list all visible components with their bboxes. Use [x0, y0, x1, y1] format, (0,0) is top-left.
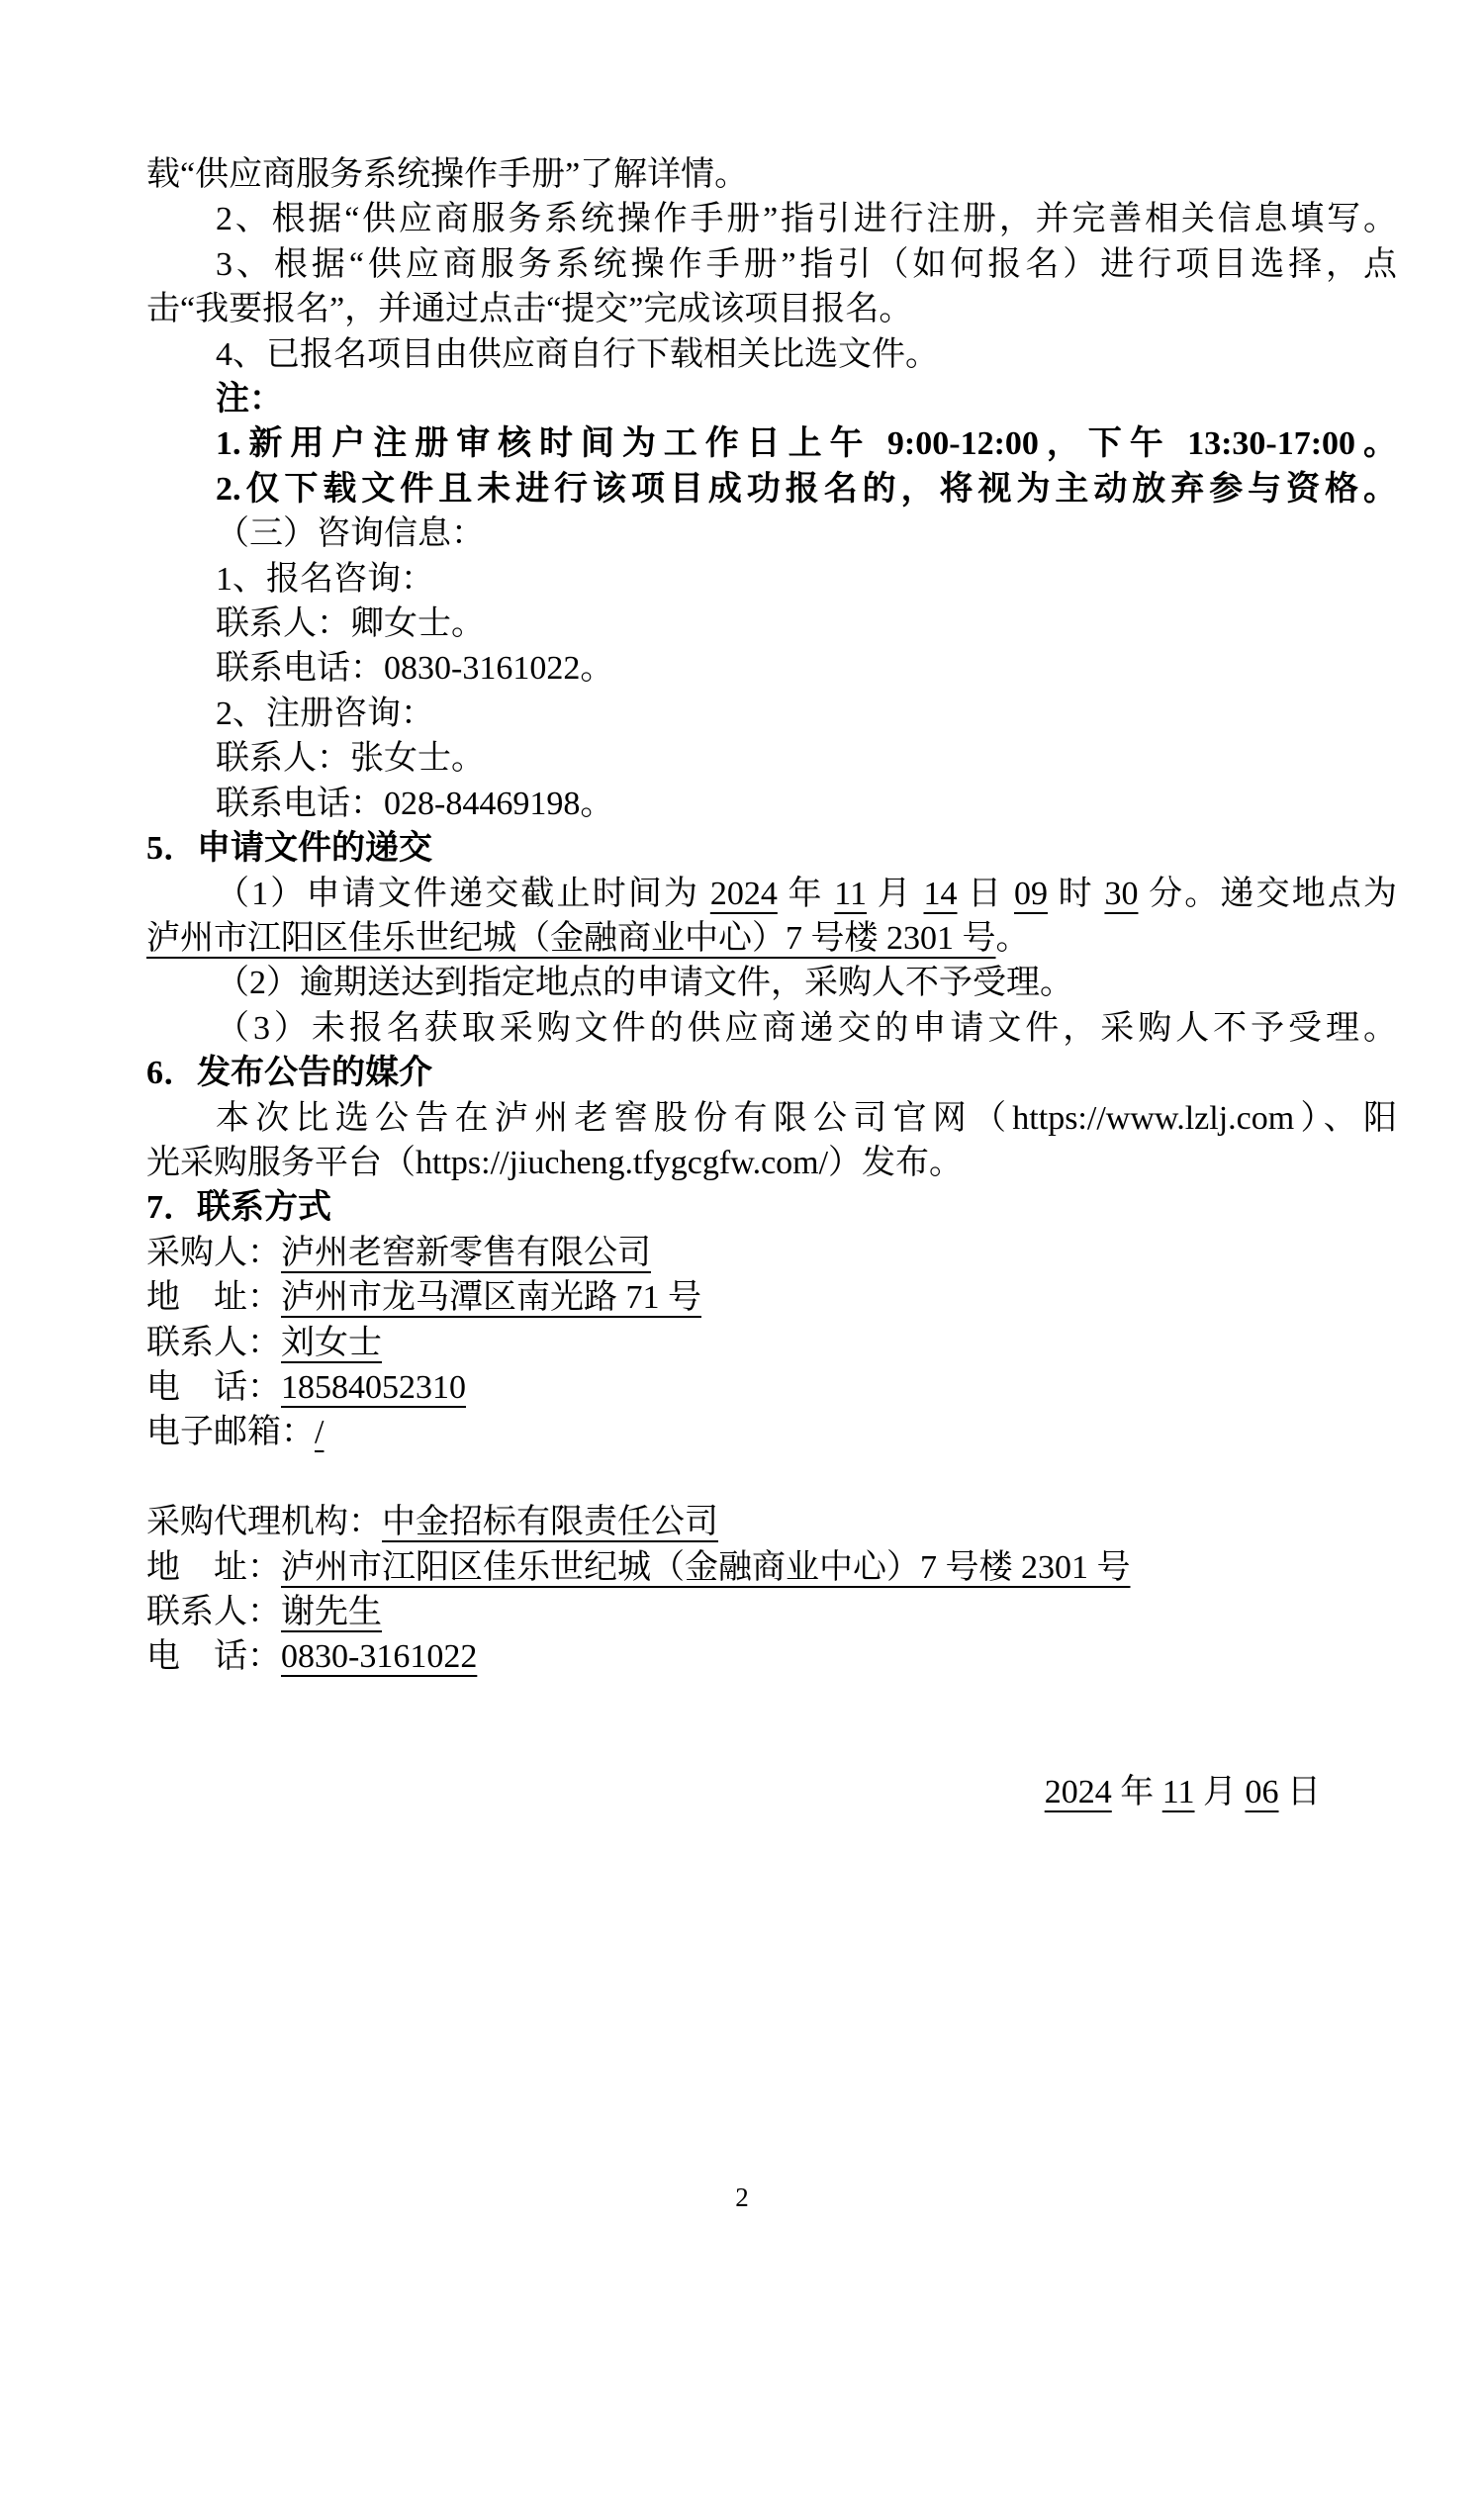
- document-line: 击“我要报名”，并通过点击“提交”完成该项目报名。: [146, 287, 1397, 331]
- text-segment: 分。递交地点为: [1138, 876, 1397, 912]
- underlined-text: 14: [924, 876, 958, 912]
- underlined-text: 30: [1104, 876, 1138, 912]
- underlined-text: 2024: [710, 876, 778, 912]
- underlined-text: 11: [1162, 1774, 1195, 1810]
- text-segment: 注：: [216, 381, 283, 417]
- underlined-text: 06: [1246, 1774, 1279, 1810]
- text-segment: 年: [778, 876, 834, 912]
- text-segment: 采购人：: [146, 1235, 281, 1271]
- text-segment: 联系电话：028-84469198。: [216, 786, 613, 822]
- text-segment: 日: [1279, 1774, 1322, 1810]
- subsection-3-heading: （三）咨询信息：: [146, 511, 1397, 556]
- text-segment: 联系人：卿女士。: [216, 605, 485, 642]
- text-segment: 时: [1048, 876, 1104, 912]
- document-line: 2、注册咨询：: [146, 692, 1397, 736]
- document-line: 本次比选公告在泸州老窖股份有限公司官网（https://www.lzlj.com…: [146, 1096, 1397, 1141]
- note-heading: 注：: [146, 377, 1397, 421]
- underlined-text: 泸州市江阳区佳乐世纪城（金融商业中心）7 号楼 2301 号: [281, 1549, 1131, 1586]
- text-segment: 2、注册咨询：: [216, 696, 434, 732]
- document-line: [146, 1455, 1397, 1500]
- underlined-text: 2024: [1045, 1774, 1112, 1810]
- text-segment: 联系电话：0830-3161022。: [216, 650, 613, 687]
- text-segment: 电子邮箱：: [146, 1414, 315, 1450]
- text-segment: （3）未报名获取采购文件的供应商递交的申请文件，采购人不予受理。: [216, 1010, 1397, 1047]
- purchaser-phone-line: 电 话：18584052310: [146, 1365, 1397, 1410]
- text-segment: （2）逾期送达到指定地点的申请文件，采购人不予受理。: [216, 965, 1073, 1001]
- text-segment: 月: [1195, 1774, 1246, 1810]
- underlined-text: 11: [834, 876, 867, 912]
- document-line: （3）未报名获取采购文件的供应商递交的申请文件，采购人不予受理。: [146, 1006, 1397, 1051]
- underlined-text: 18584052310: [281, 1369, 466, 1406]
- text-segment: 1.新用户注册审核时间为工作日上午 9:00-12:00，下午 13:30-17…: [216, 425, 1397, 462]
- document-line: 4、已报名项目由供应商自行下载相关比选文件。: [146, 332, 1397, 377]
- document-line: 1.新用户注册审核时间为工作日上午 9:00-12:00，下午 13:30-17…: [146, 421, 1397, 466]
- text-segment: 3、根据“供应商服务系统操作手册”指引（如何报名）进行项目选择，点: [216, 246, 1397, 283]
- text-segment: 联系人：: [146, 1325, 281, 1361]
- underlined-text: 中金招标有限责任公司: [382, 1504, 718, 1540]
- agency-phone-line: 电 话：0830-3161022: [146, 1634, 1397, 1679]
- text-segment: 5．申请文件的递交: [146, 830, 432, 867]
- page-number: 2: [0, 2182, 1484, 2212]
- text-segment: 4、已报名项目由供应商自行下载相关比选文件。: [216, 336, 939, 373]
- underlined-text: 泸州老窖新零售有限公司: [281, 1235, 651, 1271]
- text-segment: 电 话：: [146, 1638, 281, 1675]
- text-segment: 载“供应商服务系统操作手册”了解详情。: [146, 156, 748, 193]
- agency-contact-line: 联系人：谢先生: [146, 1590, 1397, 1634]
- purchaser-email-line: 电子邮箱：/: [146, 1410, 1397, 1454]
- text-segment: 2.仅下载文件且未进行该项目成功报名的，将视为主动放弃参与资格。: [216, 471, 1397, 508]
- text-segment: 联系人：张女士。: [216, 740, 485, 777]
- section-7-heading: 7．联系方式: [146, 1185, 1397, 1230]
- text-segment: 月: [867, 876, 923, 912]
- text-segment: 电 话：: [146, 1369, 281, 1406]
- underlined-text: 泸州市江阳区佳乐世纪城（金融商业中心）7 号楼 2301 号: [146, 920, 996, 957]
- document-line: 3、根据“供应商服务系统操作手册”指引（如何报名）进行项目选择，点: [146, 242, 1397, 287]
- text-segment: （三）咨询信息：: [216, 515, 485, 552]
- underlined-text: 谢先生: [281, 1594, 382, 1630]
- text-segment: （1）申请文件递交截止时间为: [216, 876, 710, 912]
- text-segment: 年: [1112, 1774, 1162, 1810]
- document-line: [146, 1724, 1397, 1769]
- document-page: 载“供应商服务系统操作手册”了解详情。2、根据“供应商服务系统操作手册”指引进行…: [0, 0, 1484, 2504]
- purchaser-address-line: 地 址：泸州市龙马潭区南光路 71 号: [146, 1275, 1397, 1320]
- document-line: 1、报名咨询：: [146, 557, 1397, 602]
- underlined-text: 刘女士: [281, 1325, 382, 1361]
- document-line: 光采购服务平台（https://jiucheng.tfygcgfw.com/）发…: [146, 1141, 1397, 1185]
- document-line: 2、根据“供应商服务系统操作手册”指引进行注册，并完善相关信息填写。: [146, 197, 1397, 241]
- text-segment: 6．发布公告的媒介: [146, 1055, 432, 1091]
- section-5-heading: 5．申请文件的递交: [146, 826, 1397, 871]
- underlined-text: 09: [1014, 876, 1048, 912]
- text-segment: 2、根据“供应商服务系统操作手册”指引进行注册，并完善相关信息填写。: [216, 201, 1397, 237]
- document-line: 载“供应商服务系统操作手册”了解详情。: [146, 152, 1397, 197]
- agency-line: 采购代理机构：中金招标有限责任公司: [146, 1500, 1397, 1544]
- text-segment: 本次比选公告在泸州老窖股份有限公司官网（https://www.lzlj.com…: [216, 1100, 1397, 1137]
- document-line: 联系人：张女士。: [146, 736, 1397, 781]
- document-line: 联系电话：0830-3161022。: [146, 646, 1397, 691]
- document-line: 联系人：卿女士。: [146, 602, 1397, 646]
- agency-address-line: 地 址：泸州市江阳区佳乐世纪城（金融商业中心）7 号楼 2301 号: [146, 1545, 1397, 1590]
- text-segment: 地 址：: [146, 1279, 281, 1316]
- document-line: （2）逾期送达到指定地点的申请文件，采购人不予受理。: [146, 961, 1397, 1005]
- underlined-text: 0830-3161022: [281, 1638, 477, 1675]
- text-segment: 7．联系方式: [146, 1189, 331, 1226]
- document-line: （1）申请文件递交截止时间为 2024 年 11 月 14 日 09 时 30 …: [146, 872, 1397, 916]
- text-segment: 1、报名咨询：: [216, 561, 434, 598]
- text-segment: 光采购服务平台（https://jiucheng.tfygcgfw.com/）发…: [146, 1145, 963, 1181]
- text-segment: 地 址：: [146, 1549, 281, 1586]
- underlined-text: 泸州市龙马潭区南光路 71 号: [281, 1279, 701, 1316]
- document-line: [146, 1680, 1397, 1724]
- purchaser-line: 采购人：泸州老窖新零售有限公司: [146, 1231, 1397, 1275]
- document-line: 2.仅下载文件且未进行该项目成功报名的，将视为主动放弃参与资格。: [146, 467, 1397, 511]
- section-6-heading: 6．发布公告的媒介: [146, 1051, 1397, 1095]
- text-segment: 击“我要报名”，并通过点击“提交”完成该项目报名。: [146, 291, 912, 327]
- document-line: 泸州市江阳区佳乐世纪城（金融商业中心）7 号楼 2301 号。: [146, 916, 1397, 961]
- text-segment: 。: [996, 920, 1030, 957]
- document-body: 载“供应商服务系统操作手册”了解详情。2、根据“供应商服务系统操作手册”指引进行…: [146, 152, 1397, 1814]
- document-line: 联系电话：028-84469198。: [146, 782, 1397, 826]
- date-line: 2024 年 11 月 06 日: [146, 1770, 1397, 1814]
- text-segment: 日: [958, 876, 1014, 912]
- purchaser-contact-line: 联系人：刘女士: [146, 1321, 1397, 1365]
- underlined-text: /: [315, 1414, 324, 1450]
- text-segment: 采购代理机构：: [146, 1504, 382, 1540]
- text-segment: 联系人：: [146, 1594, 281, 1630]
